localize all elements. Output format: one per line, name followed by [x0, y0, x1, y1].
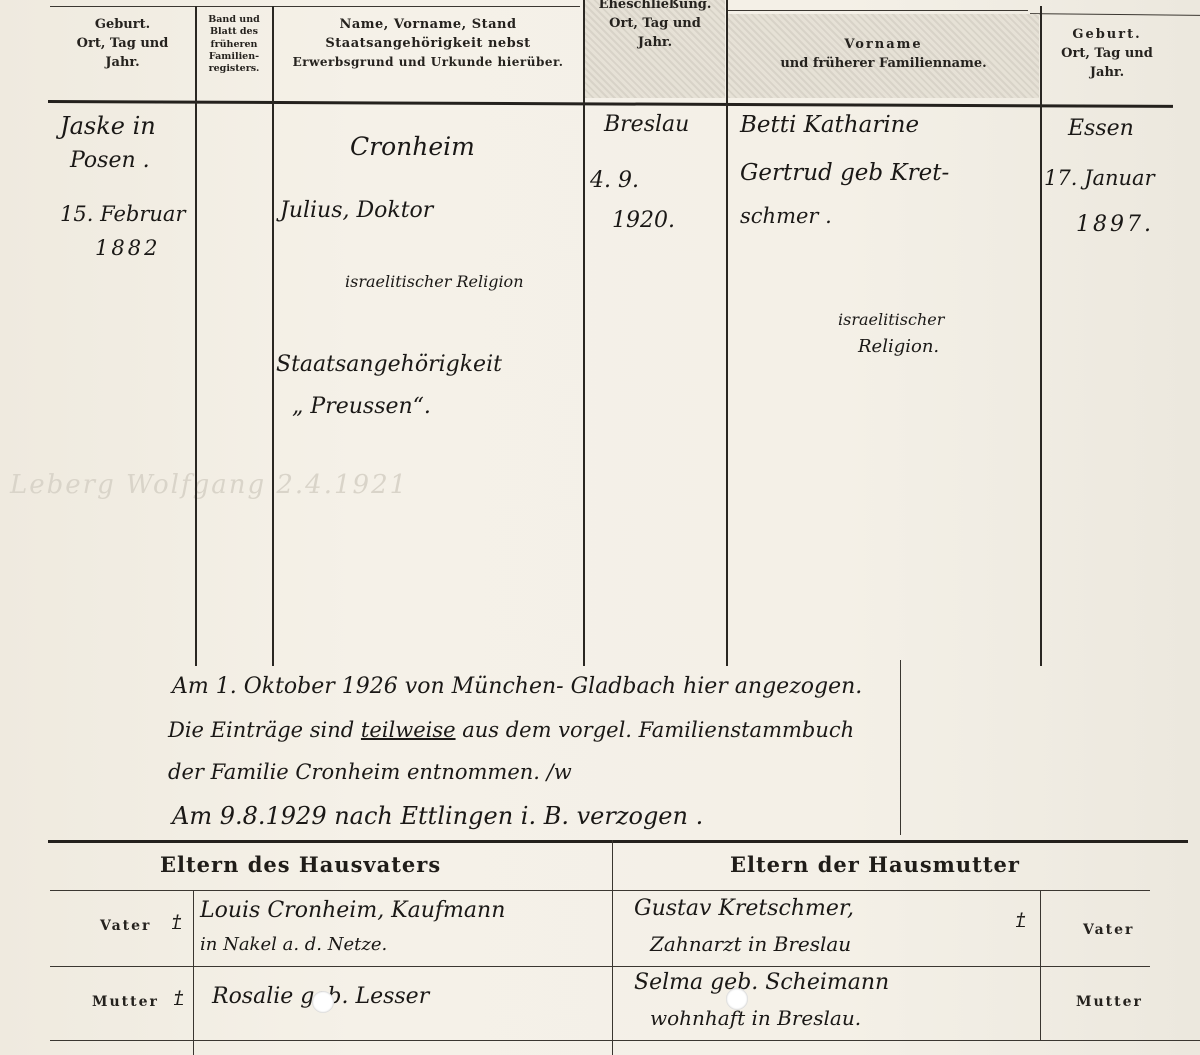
wife-religion-line1: israelitischer [838, 310, 944, 329]
husband-religion: israelitischer Religion [345, 272, 524, 291]
parents-row-rule [50, 1040, 1200, 1041]
husband-father-line1: Louis Cronheim, Kaufmann [200, 898, 505, 923]
punch-hole [312, 991, 334, 1013]
register-page: Leberg Wolfgang 2.4.1921 Geburt. Ort, Ta… [0, 0, 1200, 1055]
header-vorname: Vorname und früherer Familienname. [728, 14, 1039, 98]
header-line: Band und [197, 14, 271, 26]
header-line: Familien- [197, 51, 271, 63]
header-line: Staatsangehörigkeit nebst [274, 35, 582, 54]
header-line: Geburt. [50, 16, 195, 35]
parents-label-divider [1040, 890, 1041, 1040]
header-line: registers. [197, 63, 271, 75]
header-bottom-rule [48, 100, 1173, 108]
husband-citizenship-line1: Staatsangehörigkeit [276, 352, 502, 377]
column-divider [900, 660, 901, 835]
wife-birth-date-line1: 17. Januar [1044, 166, 1155, 190]
husband-parents-title: Eltern des Hausvaters [160, 852, 441, 877]
column-divider [195, 6, 197, 666]
header-geburt: Geburt. Ort, Tag und Jahr. [50, 16, 195, 73]
header-top-rule [50, 6, 580, 7]
note-line: Am 9.8.1929 nach Ettlingen i. B. verzoge… [172, 802, 703, 830]
mother-label: Mutter [92, 994, 159, 1010]
column-divider [726, 0, 728, 666]
wife-birth-place: Essen [1068, 116, 1134, 141]
wife-names-line3: schmer . [740, 204, 832, 228]
wife-parents-title: Eltern der Hausmutter [730, 852, 1020, 877]
header-line: Ort, Tag und [50, 35, 195, 54]
column-divider [1040, 6, 1042, 666]
parents-top-rule [48, 840, 1188, 843]
header-line: Jahr. [585, 34, 725, 53]
note-text: Die Einträge sind [168, 718, 361, 742]
header-line: Blatt des [197, 26, 271, 38]
header-name: Name, Vorname, Stand Staatsangehörigkeit… [274, 16, 582, 71]
punch-hole [726, 988, 748, 1010]
father-label: Vater [100, 918, 151, 934]
header-line: und früherer Familienname. [728, 55, 1039, 74]
header-line: Ort, Tag und [585, 15, 725, 34]
header-line: Jahr. [1042, 64, 1172, 83]
parents-center-divider [612, 840, 613, 1055]
header-top-rule [728, 10, 1028, 11]
husband-birth-date-line1: 15. Februar [60, 202, 186, 226]
wife-father-line2: Zahnarzt in Breslau [650, 932, 851, 956]
header-line: Name, Vorname, Stand [274, 16, 582, 35]
header-line: Jahr. [50, 54, 195, 73]
column-divider [583, 0, 585, 666]
husband-citizenship-line2: „ Preussen“. [292, 394, 431, 419]
husband-birth-place-line2: Posen . [70, 148, 150, 173]
note-line: Am 1. Oktober 1926 von München- Gladbach… [172, 674, 862, 699]
husband-birth-date-line2: 1882 [95, 236, 160, 260]
header-geburt-wife: Geburt. Ort, Tag und Jahr. [1042, 26, 1172, 83]
parents-row-rule [50, 966, 1150, 967]
header-line: Eheschließung. [585, 0, 725, 15]
note-line: der Familie Cronheim entnommen. /w [168, 760, 572, 784]
wife-mother-line2: wohnhaft in Breslau. [650, 1006, 861, 1030]
note-line: Die Einträge sind teilweise aus dem vorg… [168, 718, 854, 742]
note-struck-text: teilweise [361, 718, 456, 742]
wife-names-line2: Gertrud geb Kret- [740, 160, 949, 186]
header-band-blatt: Band und Blatt des früheren Familien- re… [197, 14, 271, 76]
wife-religion-line2: Religion. [858, 336, 939, 357]
note-text: aus dem vorgel. Familienstammbuch [456, 718, 855, 742]
mother-label: Mutter [1076, 994, 1143, 1010]
wife-father-line1: Gustav Kretschmer, [634, 896, 854, 921]
header-line: früheren [197, 39, 271, 51]
header-top-rule [1030, 13, 1200, 16]
header-line: Vorname [728, 36, 1039, 55]
bleed-through-text: Leberg Wolfgang 2.4.1921 [10, 470, 408, 500]
header-eheschliessung: Eheschließung. Ort, Tag und Jahr. [585, 0, 725, 98]
deceased-mark: † [172, 912, 181, 932]
husband-birth-place-line1: Jaske in [60, 112, 156, 140]
marriage-date-line1: 4. 9. [590, 168, 639, 193]
parents-label-divider [193, 890, 194, 1055]
father-label: Vater [1083, 922, 1134, 938]
parents-row-rule [50, 890, 1150, 891]
husband-surname: Cronheim [350, 132, 475, 161]
column-divider [272, 6, 274, 666]
marriage-place: Breslau [604, 112, 689, 137]
wife-birth-date-line2: 1897. [1076, 212, 1154, 237]
husband-father-line2: in Nakel a. d. Netze. [200, 934, 387, 955]
husband-given-name: Julius, Doktor [280, 198, 433, 223]
deceased-mark: † [1016, 910, 1025, 930]
header-line: Erwerbsgrund und Urkunde hierüber. [274, 54, 582, 71]
marriage-date-line2: 1920. [612, 208, 675, 233]
wife-names-line1: Betti Katharine [740, 112, 919, 138]
deceased-mark: † [174, 988, 183, 1008]
wife-mother-line1: Selma geb. Scheimann [634, 970, 889, 995]
header-line: Ort, Tag und [1042, 45, 1172, 64]
header-line: Geburt. [1042, 26, 1172, 45]
